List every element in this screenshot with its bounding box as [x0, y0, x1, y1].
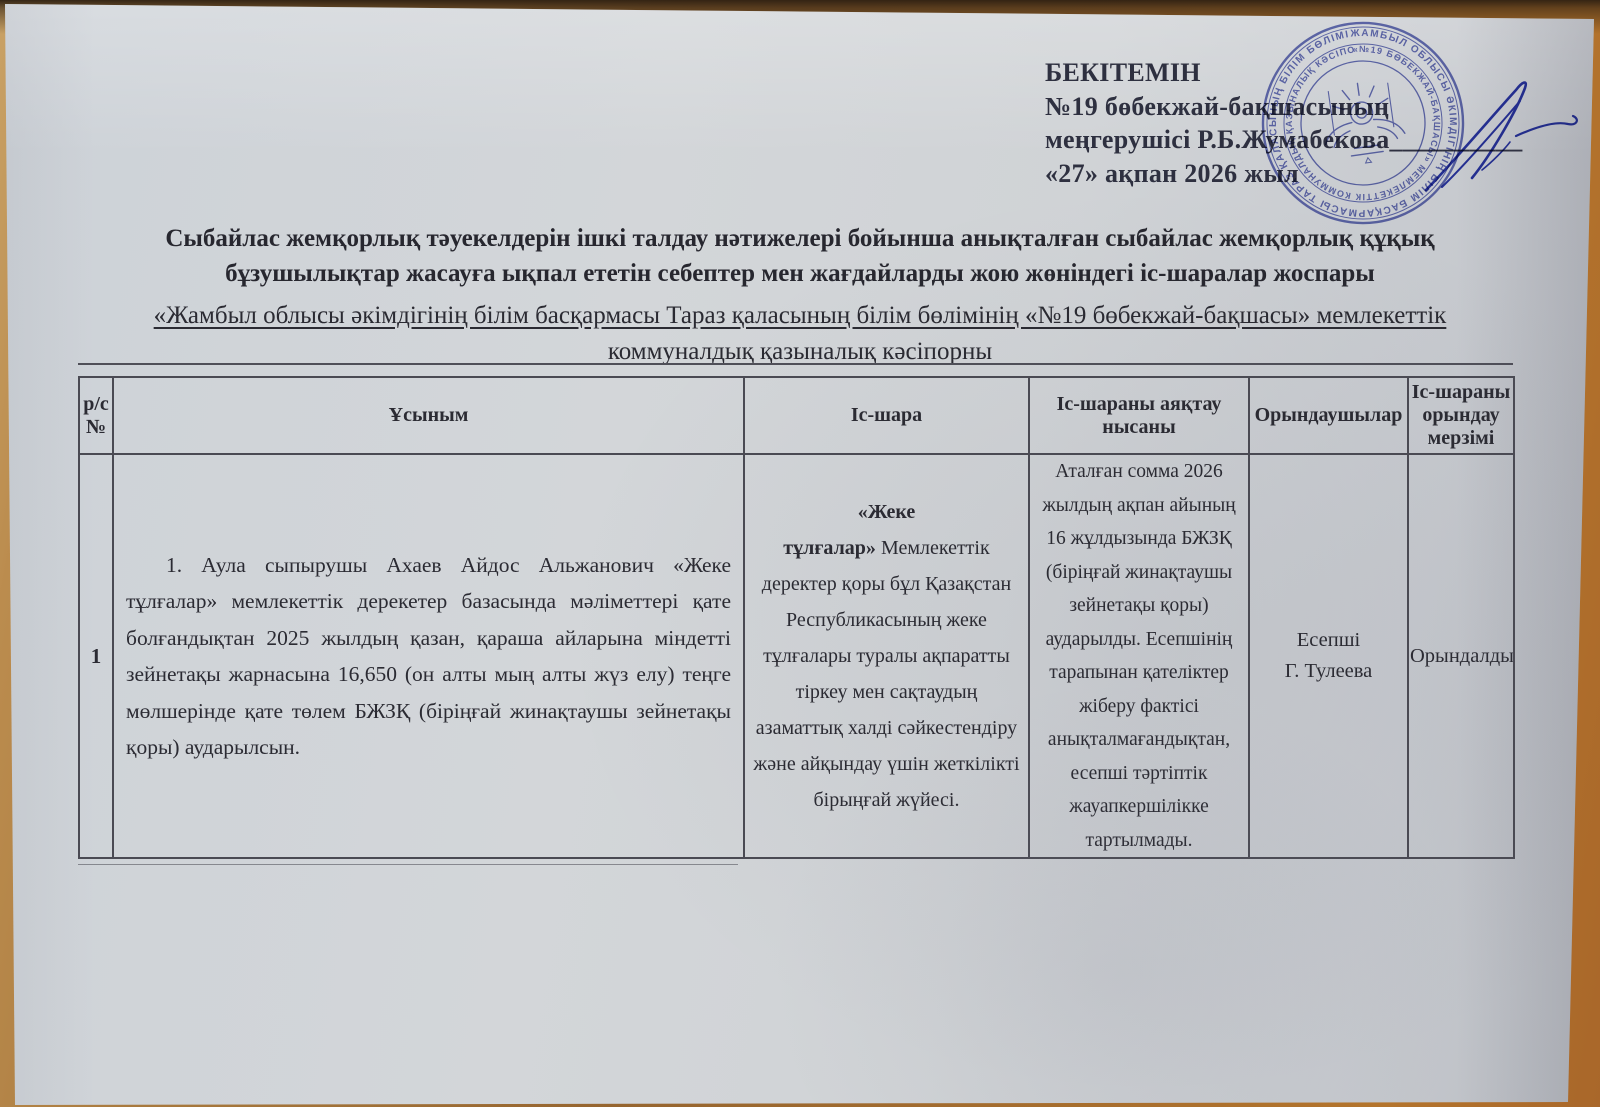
document-title: Сыбайлас жемқорлық тәуекелдерін ішкі тал… — [150, 221, 1450, 291]
photo-background: БЕКІТЕМІН №19 бөбекжай-бақшасының меңгер… — [0, 0, 1600, 1107]
column-header-usynym: Ұсыным — [113, 377, 744, 454]
table-top-rule — [78, 363, 1513, 365]
signature — [1396, 70, 1596, 200]
stamp-emblem-icon — [1318, 78, 1408, 168]
cell-deadline-status: Орындалды — [1408, 454, 1514, 858]
measures-table-area: р/с № Ұсыным Іс-шара Іс-шараны аяқтау ны… — [78, 363, 1513, 865]
table-bottom-rule — [78, 864, 738, 865]
cell-completion-form: Аталған сомма 2026 жылдың ақпан айының 1… — [1029, 454, 1249, 858]
header-row: р/с № Ұсыным Іс-шара Іс-шараны аяқтау ны… — [79, 377, 1514, 454]
column-header-is-shara: Іс-шара — [744, 377, 1029, 454]
cell-executors: Есепші Г. Тулеева — [1249, 454, 1408, 858]
recommendation-text: 1. Аула сыпырушы Ахаев Айдос Альжанович … — [126, 547, 731, 766]
cell-recommendation: 1. Аула сыпырушы Ахаев Айдос Альжанович … — [113, 454, 744, 858]
measures-table: р/с № Ұсыным Іс-шара Іс-шараны аяқтау ны… — [78, 376, 1515, 859]
organization-name: «Жамбыл облысы әкімдігінің білім басқарм… — [150, 298, 1450, 370]
cell-row-number: 1 — [79, 454, 113, 858]
cell-measure: «Жеке тұлғалар» Мемлекеттік деректер қор… — [744, 454, 1029, 858]
column-header-merzimi: Іс-шараны орындау мерзімі — [1408, 377, 1514, 454]
column-header-num: р/с № — [79, 377, 113, 454]
table-row: 1 1. Аула сыпырушы Ахаев Айдос Альжанови… — [79, 454, 1514, 858]
column-header-ayaktau: Іс-шараны аяқтау нысаны — [1029, 377, 1249, 454]
measure-text: Мемлекеттік деректер қоры бұл Қазақстан … — [753, 537, 1019, 811]
column-header-oryndaushylar: Орындаушылар — [1249, 377, 1408, 454]
